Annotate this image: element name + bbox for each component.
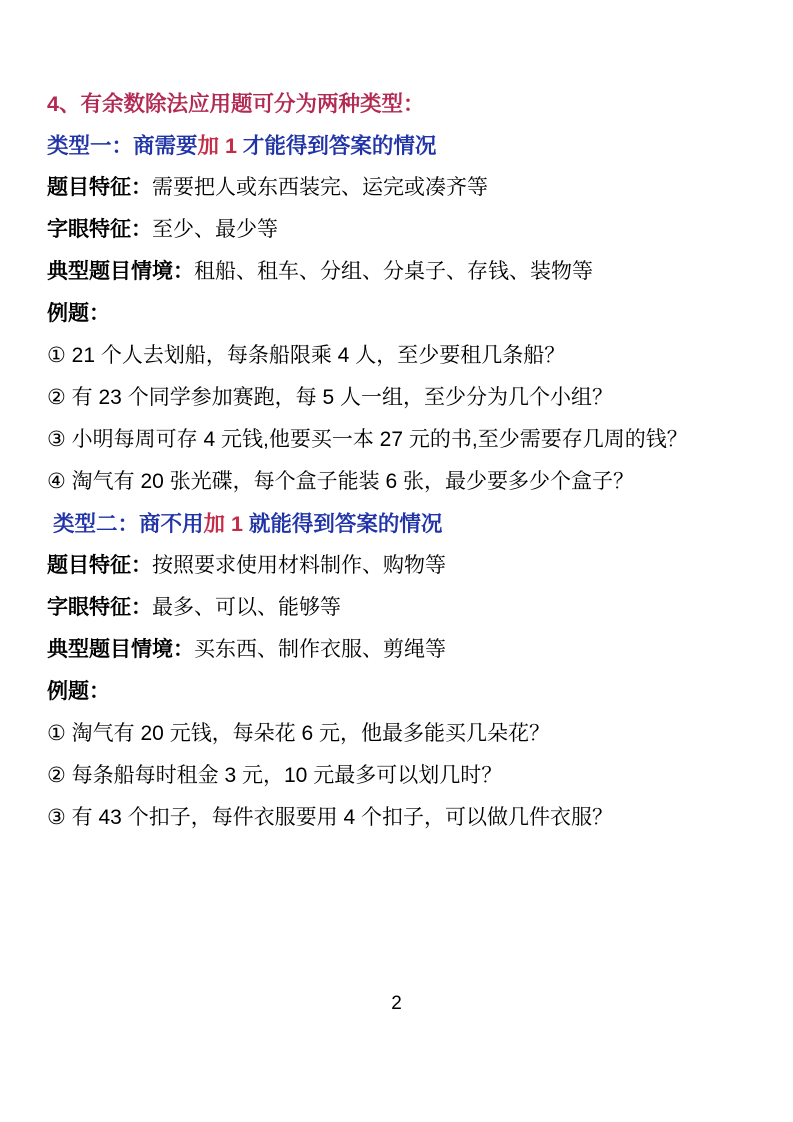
type1-example-1: ① 21 个人去划船，每条船限乘 4 人，至少要租几条船？ bbox=[47, 335, 757, 377]
page-number: 2 bbox=[0, 990, 793, 1018]
feature-text: 买东西、制作衣服、剪绳等 bbox=[194, 638, 446, 661]
type1-example-4: ④ 淘气有 20 张光碟，每个盒子能装 6 张，最少要多少个盒子？ bbox=[47, 461, 757, 503]
type1-heading-post: 才能得到答案的情况 bbox=[237, 134, 436, 158]
feature-text: 至少、最少等 bbox=[152, 218, 278, 241]
section-type2: 类型二：商不用加 1 就能得到答案的情况 题目特征：按照要求使用材料制作、购物等… bbox=[47, 503, 757, 839]
feature-text: 需要把人或东西装完、运完或凑齐等 bbox=[152, 176, 488, 199]
feature-label: 字眼特征： bbox=[47, 218, 152, 241]
type2-heading-accent: 加 1 bbox=[204, 512, 243, 536]
feature-text: 按照要求使用材料制作、购物等 bbox=[152, 554, 446, 577]
feature-label: 典型题目情境： bbox=[47, 638, 194, 661]
type1-heading-pre: 类型一：商需要 bbox=[47, 134, 198, 158]
type2-heading-post: 就能得到答案的情况 bbox=[243, 512, 442, 536]
type2-heading-pre: 类型二：商不用 bbox=[53, 512, 204, 536]
feature-label: 题目特征： bbox=[47, 554, 152, 577]
feature-text: 最多、可以、能够等 bbox=[152, 596, 341, 619]
type1-feature-keywords: 字眼特征：至少、最少等 bbox=[47, 209, 757, 251]
section-type1: 类型一：商需要加 1 才能得到答案的情况 题目特征：需要把人或东西装完、运完或凑… bbox=[47, 125, 757, 503]
document-content: 4、有余数除法应用题可分为两种类型： 类型一：商需要加 1 才能得到答案的情况 … bbox=[47, 83, 757, 839]
feature-label: 题目特征： bbox=[47, 176, 152, 199]
main-heading: 4、有余数除法应用题可分为两种类型： bbox=[47, 83, 757, 125]
type1-heading-accent: 加 1 bbox=[198, 134, 237, 158]
type1-feature-scenarios: 典型题目情境：租船、租车、分组、分桌子、存钱、装物等 bbox=[47, 251, 757, 293]
type2-example-1: ① 淘气有 20 元钱，每朵花 6 元，他最多能买几朵花？ bbox=[47, 713, 757, 755]
type2-example-3: ③ 有 43 个扣子，每件衣服要用 4 个扣子，可以做几件衣服？ bbox=[47, 797, 757, 839]
type1-heading: 类型一：商需要加 1 才能得到答案的情况 bbox=[47, 125, 757, 167]
feature-label: 字眼特征： bbox=[47, 596, 152, 619]
feature-text: 租船、租车、分组、分桌子、存钱、装物等 bbox=[194, 260, 593, 283]
type2-examples-label: 例题： bbox=[47, 671, 757, 713]
type2-feature-keywords: 字眼特征：最多、可以、能够等 bbox=[47, 587, 757, 629]
type1-feature-topic: 题目特征：需要把人或东西装完、运完或凑齐等 bbox=[47, 167, 757, 209]
document-page: 4、有余数除法应用题可分为两种类型： 类型一：商需要加 1 才能得到答案的情况 … bbox=[0, 0, 793, 1122]
type1-example-2: ② 有 23 个同学参加赛跑，每 5 人一组，至少分为几个小组？ bbox=[47, 377, 757, 419]
type1-examples-label: 例题： bbox=[47, 293, 757, 335]
type2-feature-scenarios: 典型题目情境：买东西、制作衣服、剪绳等 bbox=[47, 629, 757, 671]
type2-heading: 类型二：商不用加 1 就能得到答案的情况 bbox=[47, 503, 757, 545]
type1-example-3: ③ 小明每周可存 4 元钱,他要买一本 27 元的书,至少需要存几周的钱？ bbox=[47, 419, 757, 461]
type2-feature-topic: 题目特征：按照要求使用材料制作、购物等 bbox=[47, 545, 757, 587]
type2-example-2: ② 每条船每时租金 3 元，10 元最多可以划几时？ bbox=[47, 755, 757, 797]
feature-label: 典型题目情境： bbox=[47, 260, 194, 283]
